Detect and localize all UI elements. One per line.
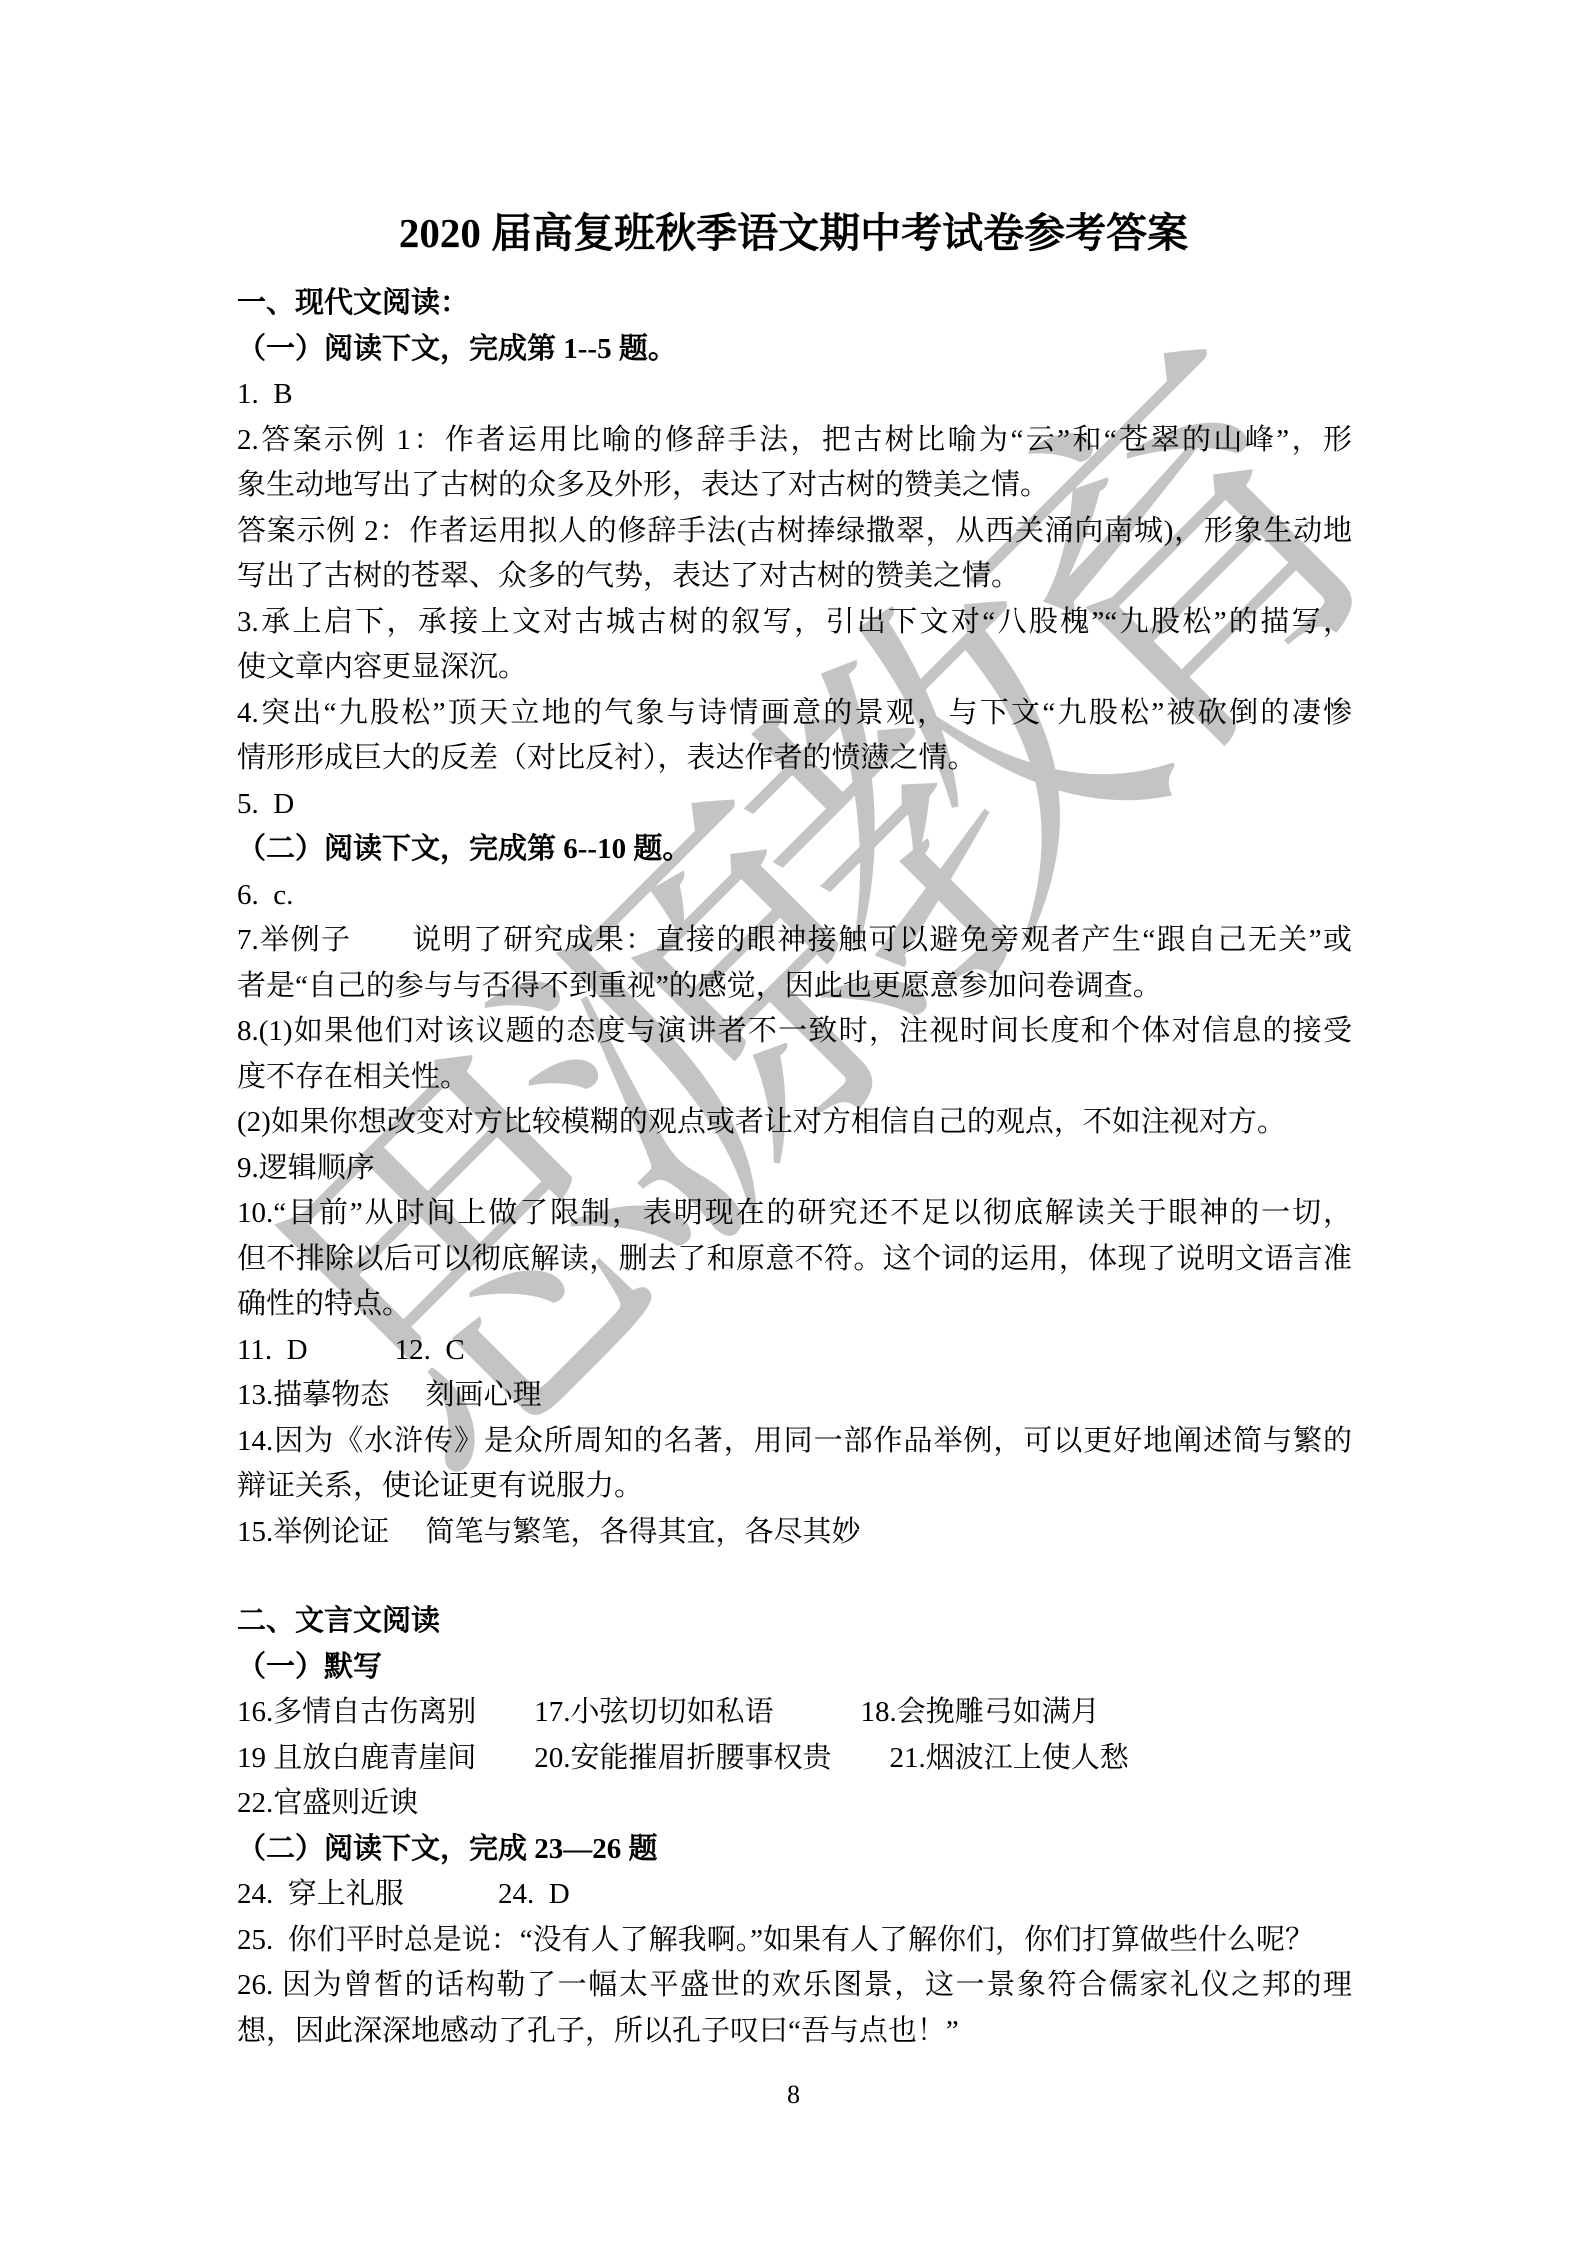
text-line: 确性的特点。 (237, 1282, 1352, 1328)
text-line: 14.因为《水浒传》是众所周知的名著，用同一部作品举例，可以更好地阐述简与繁的 (237, 1419, 1352, 1465)
page-number: 8 (0, 2080, 1587, 2110)
text-line: 情形形成巨大的反差（对比反衬），表达作者的愤懑之情。 (237, 736, 1352, 782)
text-line: 使文章内容更显深沉。 (237, 645, 1352, 691)
text-line: 8.(1)如果他们对该议题的态度与演讲者不一致时，注视时间长度和个体对信息的接受 (237, 1009, 1352, 1055)
text-line: 3.承上启下，承接上文对古城古树的叙写，引出下文对“八股槐”“九股松”的描写， (237, 600, 1352, 646)
text-line: 写出了古树的苍翠、众多的气势，表达了对古树的赞美之情。 (237, 554, 1352, 600)
text-line: 象生动地写出了古树的众多及外形，表达了对古树的赞美之情。 (237, 463, 1352, 509)
text-line: 者是“自己的参与与否得不到重视”的感觉，因此也更愿意参加问卷调查。 (237, 964, 1352, 1010)
text-line: 想，因此深深地感动了孔子，所以孔子叹曰“吾与点也！” (237, 2009, 1352, 2055)
page-title: 2020 届高复班秋季语文期中考试卷参考答案 (0, 210, 1587, 256)
text-line: 6. c. (237, 873, 1352, 919)
text-line: 辩证关系，使论证更有说服力。 (237, 1464, 1352, 1510)
text-line: 24. 穿上礼服 24. D (237, 1872, 1352, 1918)
text-line: 一、现代文阅读： (237, 281, 1352, 327)
text-line: 二、文言文阅读 (237, 1599, 1352, 1645)
text-line: 26. 因为曾皙的话构勒了一幅太平盛世的欢乐图景，这一景象符合儒家礼仪之邦的理 (237, 1963, 1352, 2009)
text-line: （一）默写 (237, 1645, 1352, 1691)
text-line: 11. D 12. C (237, 1328, 1352, 1374)
text-line: 13.描摹物态 刻画心理 (237, 1373, 1352, 1419)
text-line: （一）阅读下文，完成第 1--5 题。 (237, 327, 1352, 373)
text-line: 7.举例子 说明了研究成果：直接的眼神接触可以避免旁观者产生“跟自己无关”或 (237, 918, 1352, 964)
text-line: 25. 你们平时总是说：“没有人了解我啊。”如果有人了解你们，你们打算做些什么呢… (237, 1918, 1352, 1964)
text-line: （二）阅读下文，完成第 6--10 题。 (237, 827, 1352, 873)
text-line: 4.突出“九股松”顶天立地的气象与诗情画意的景观，与下文“九股松”被砍倒的凄惨 (237, 691, 1352, 737)
text-line: 19 且放白鹿青崖间 20.安能摧眉折腰事权贵 21.烟波江上使人愁 (237, 1736, 1352, 1782)
text-line: 16.多情自古伤离别 17.小弦切切如私语 18.会挽雕弓如满月 (237, 1690, 1352, 1736)
text-line: 度不存在相关性。 (237, 1055, 1352, 1101)
text-line: （二）阅读下文，完成 23—26 题 (237, 1827, 1352, 1873)
text-line: 1. B (237, 372, 1352, 418)
text-line: 2.答案示例 1：作者运用比喻的修辞手法，把古树比喻为“云”和“苍翠的山峰”，形 (237, 418, 1352, 464)
text-line: 22.官盛则近谀 (237, 1781, 1352, 1827)
answer-lines: 一、现代文阅读：（一）阅读下文，完成第 1--5 题。1. B2.答案示例 1：… (237, 281, 1352, 2054)
text-line: 9.逻辑顺序 (237, 1146, 1352, 1192)
text-line: 答案示例 2：作者运用拟人的修辞手法(古树捧绿撒翠，从西关涌向南城)，形象生动地 (237, 509, 1352, 555)
text-line: 10.“目前”从时间上做了限制，表明现在的研究还不足以彻底解读关于眼神的一切， (237, 1191, 1352, 1237)
document-page: 思源教育 2020 届高复班秋季语文期中考试卷参考答案 一、现代文阅读：（一）阅… (0, 0, 1587, 2245)
text-line: 5. D (237, 782, 1352, 828)
text-line: 15.举例论证 简笔与繁笔，各得其宜，各尽其妙 (237, 1510, 1352, 1556)
text-line: 但不排除以后可以彻底解读，删去了和原意不符。这个词的运用，体现了说明文语言准 (237, 1237, 1352, 1283)
text-line: (2)如果你想改变对方比较模糊的观点或者让对方相信自己的观点，不如注视对方。 (237, 1100, 1352, 1146)
